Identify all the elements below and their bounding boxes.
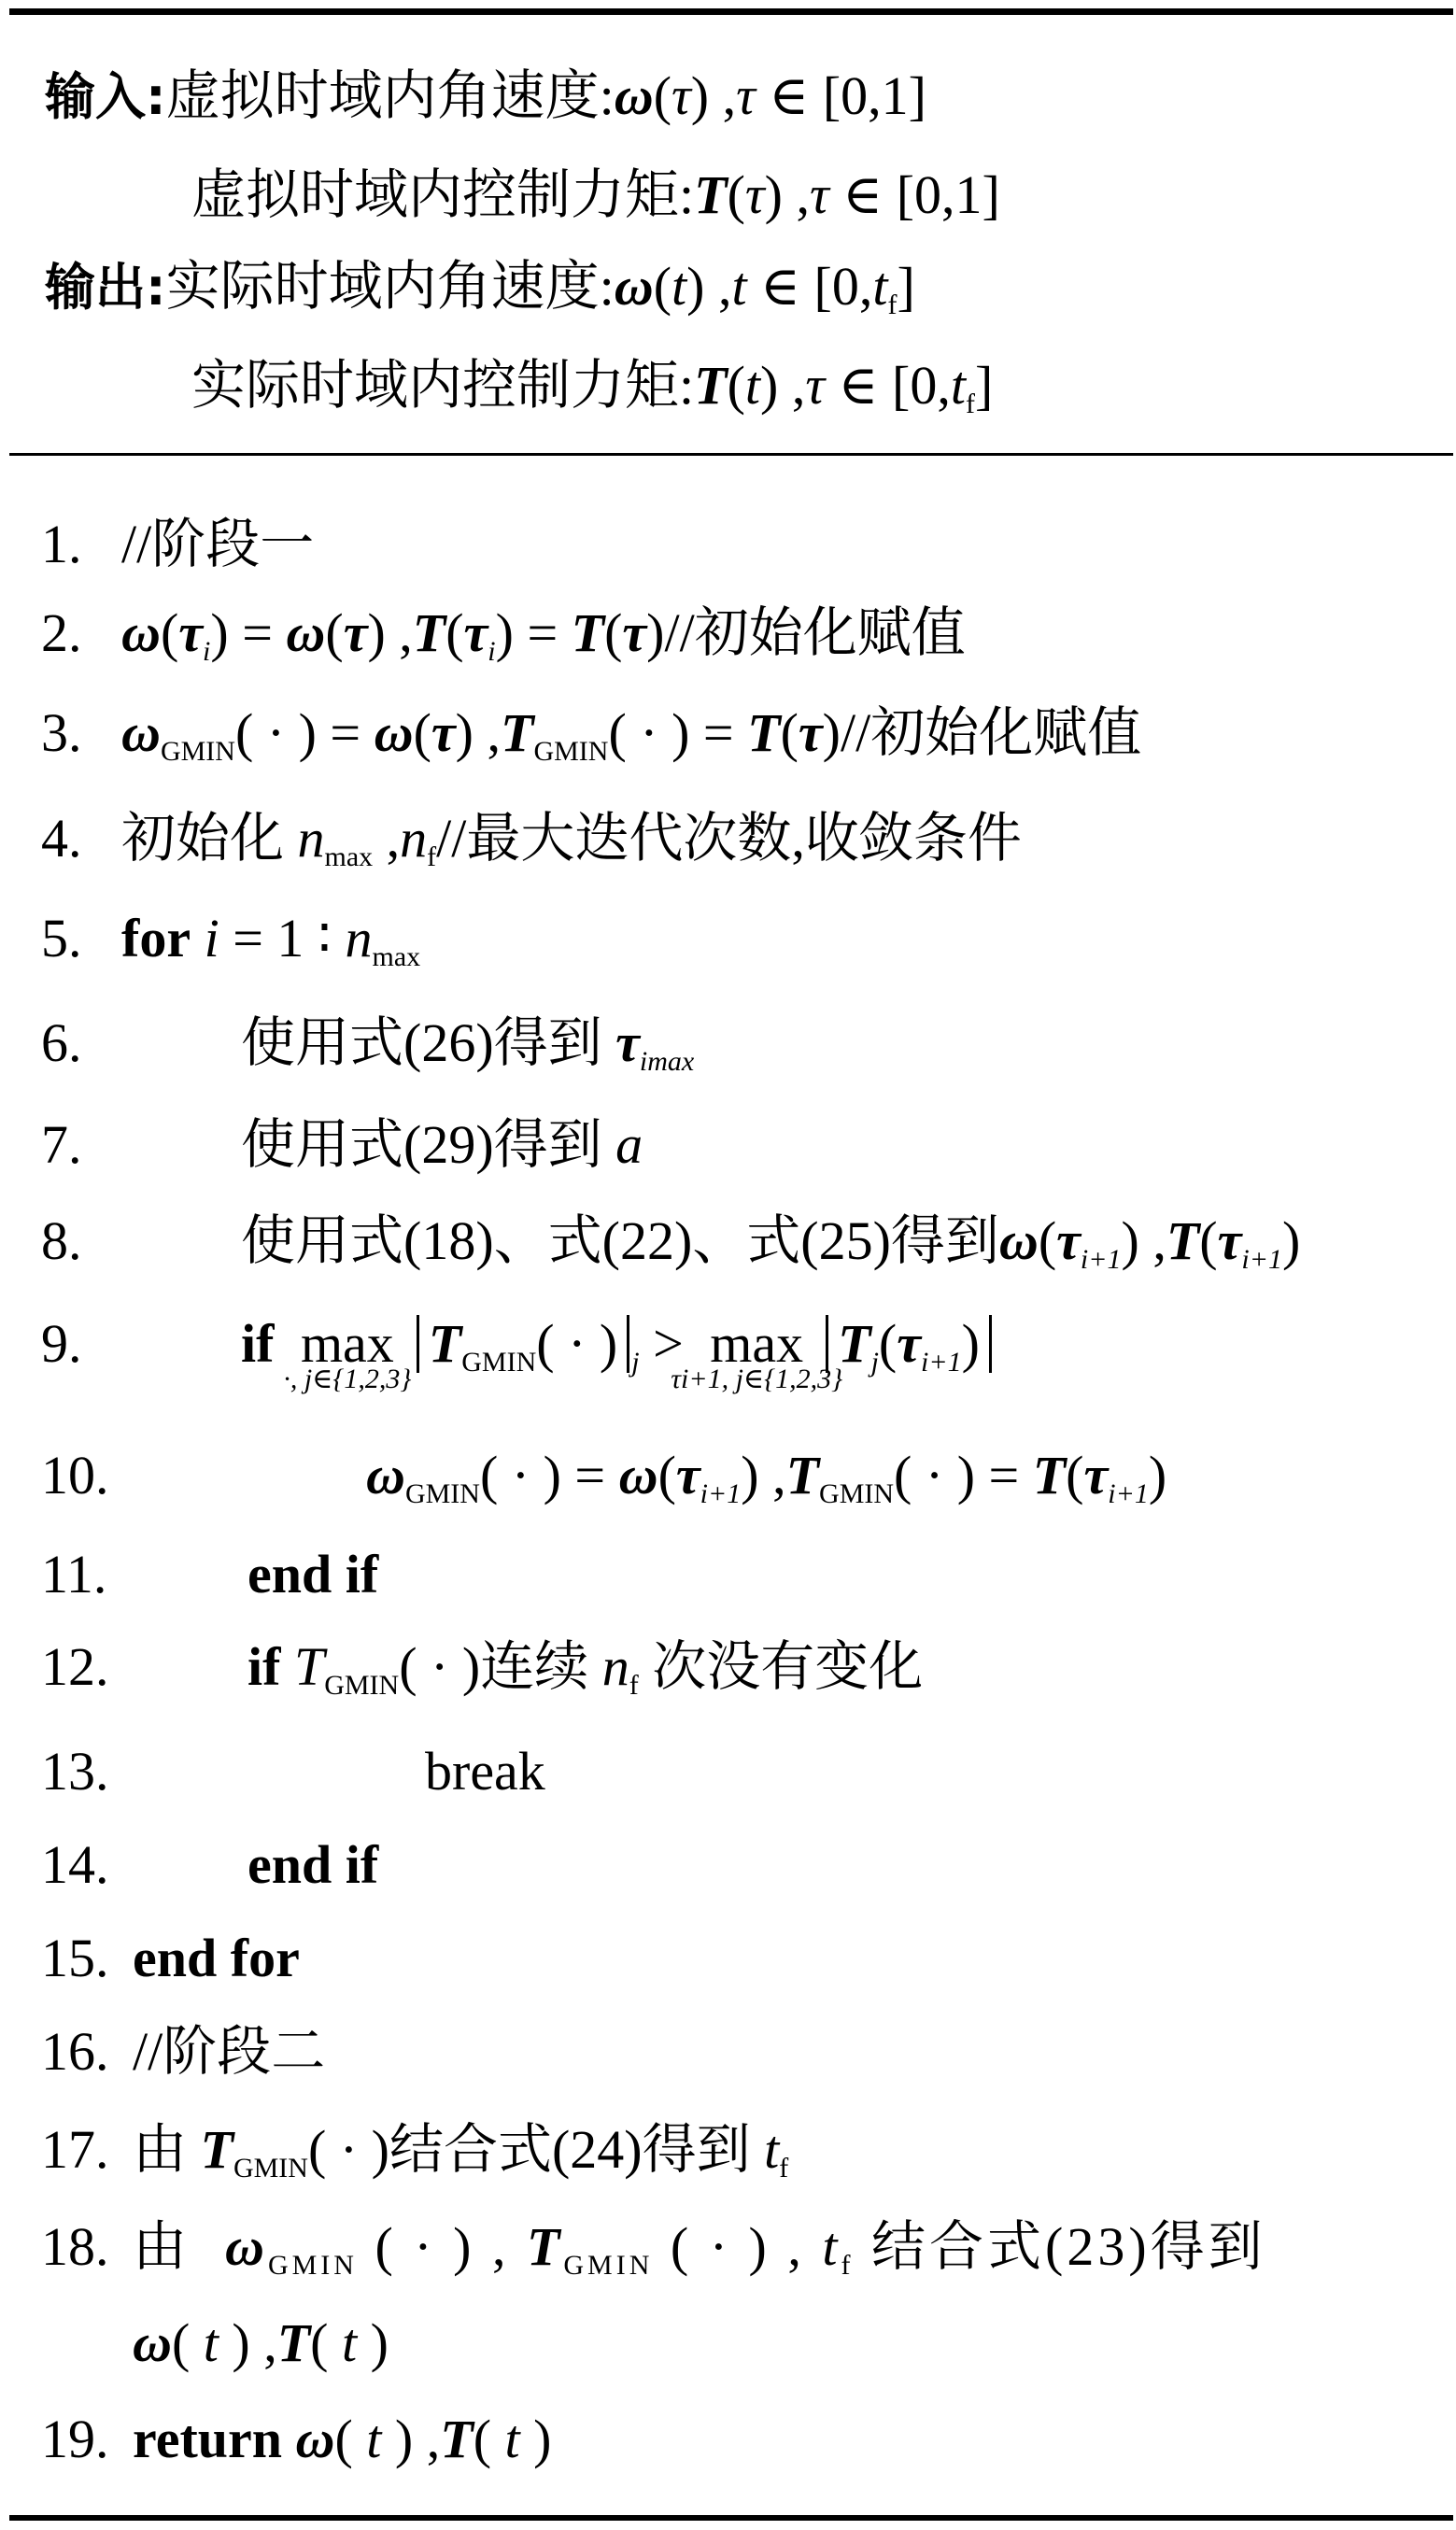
- input-2-desc: 虚拟时域内控制力矩:: [191, 164, 694, 225]
- keyword-return: return: [133, 2409, 282, 2469]
- keyword-break: break: [425, 1739, 545, 1804]
- keyword-end-for: end for: [133, 1926, 300, 1991]
- input-1-desc: 虚拟时域内角速度:: [166, 65, 615, 126]
- mid-rule: [9, 453, 1453, 456]
- input-label: 输入:: [45, 67, 166, 126]
- keyword-end-if: end if: [247, 1542, 378, 1607]
- keyword-end-if: end if: [247, 1832, 378, 1898]
- comment: //初始化赋值: [841, 702, 1141, 763]
- output-2-desc: 实际时域内控制力矩:: [191, 355, 694, 416]
- output-label: 输出:: [45, 258, 166, 317]
- max-operator-1: max·, j∈{1,2,3}: [301, 1311, 394, 1377]
- top-rule: [9, 8, 1453, 15]
- bottom-rule: [9, 2515, 1453, 2521]
- max-operator-2: maxτi+1, j∈{1,2,3}: [710, 1311, 803, 1377]
- keyword-for: for: [121, 908, 191, 968]
- comment: //初始化赋值: [665, 602, 966, 663]
- keyword-if: if: [247, 1636, 280, 1697]
- output-1-desc: 实际时域内角速度:: [166, 256, 615, 317]
- keyword-if: if: [241, 1313, 274, 1374]
